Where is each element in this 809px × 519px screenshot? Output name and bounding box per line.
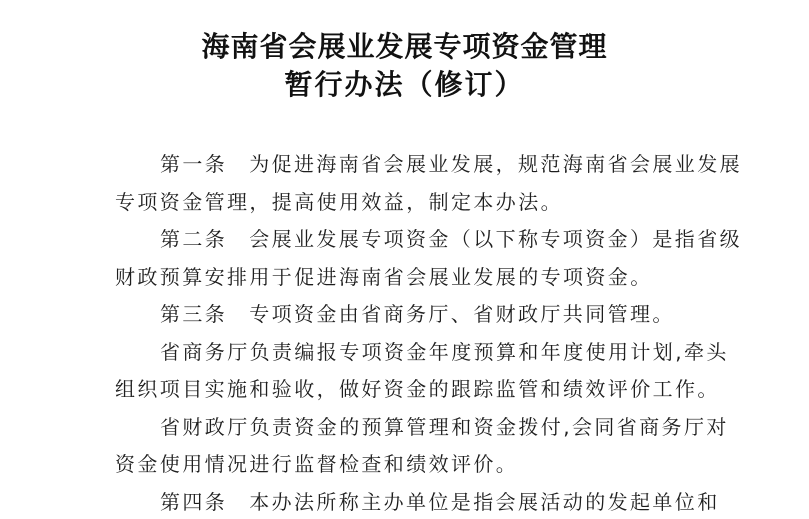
document-title-line-1: 海南省会展业发展专项资金管理: [0, 28, 809, 66]
paragraph-line: 第四条本办法所称主办单位是指会展活动的发起单位和: [115, 484, 703, 519]
paragraph-line: 省财政厅负责资金的预算管理和资金拨付,会同省商务厅对: [115, 409, 703, 447]
article-3: 第三条专项资金由省商务厅、省财政厅共同管理。: [115, 296, 703, 334]
article-1: 第一条为促进海南省会展业发展，规范海南省会展业发展 专项资金管理，提高使用效益，…: [115, 146, 703, 221]
article-number: 第二条: [160, 227, 227, 251]
paragraph-line: 省商务厅负责编报专项资金年度预算和年度使用计划,牵头: [115, 334, 703, 372]
paragraph-line: 第一条为促进海南省会展业发展，规范海南省会展业发展: [115, 146, 703, 184]
article-text: 本办法所称主办单位是指会展活动的发起单位和: [249, 490, 719, 514]
article-number: 第三条: [160, 302, 227, 326]
paragraph-finance-dept: 省财政厅负责资金的预算管理和资金拨付,会同省商务厅对 资金使用情况进行监督检查和…: [115, 409, 703, 484]
article-number: 第四条: [160, 490, 227, 514]
article-text: 为促进海南省会展业发展，规范海南省会展业发展: [249, 152, 742, 176]
paragraph-line: 财政预算安排用于促进海南省会展业发展的专项资金。: [115, 259, 703, 297]
article-2: 第二条会展业发展专项资金（以下称专项资金）是指省级 财政预算安排用于促进海南省会…: [115, 221, 703, 296]
paragraph-commerce-dept: 省商务厅负责编报专项资金年度预算和年度使用计划,牵头 组织项目实施和验收，做好资…: [115, 334, 703, 409]
article-text: 会展业发展专项资金（以下称专项资金）是指省级: [249, 227, 742, 251]
document-body: 第一条为促进海南省会展业发展，规范海南省会展业发展 专项资金管理，提高使用效益，…: [115, 146, 703, 519]
article-text: 专项资金由省商务厅、省财政厅共同管理。: [249, 302, 675, 326]
paragraph-line: 第二条会展业发展专项资金（以下称专项资金）是指省级: [115, 221, 703, 259]
document-title-line-2: 暂行办法（修订）: [0, 66, 809, 104]
paragraph-line: 第三条专项资金由省商务厅、省财政厅共同管理。: [115, 296, 703, 334]
paragraph-line: 组织项目实施和验收，做好资金的跟踪监管和绩效评价工作。: [115, 371, 703, 409]
article-4: 第四条本办法所称主办单位是指会展活动的发起单位和: [115, 484, 703, 519]
paragraph-line: 资金使用情况进行监督检查和绩效评价。: [115, 446, 703, 484]
article-number: 第一条: [160, 152, 227, 176]
paragraph-line: 专项资金管理，提高使用效益，制定本办法。: [115, 184, 703, 222]
